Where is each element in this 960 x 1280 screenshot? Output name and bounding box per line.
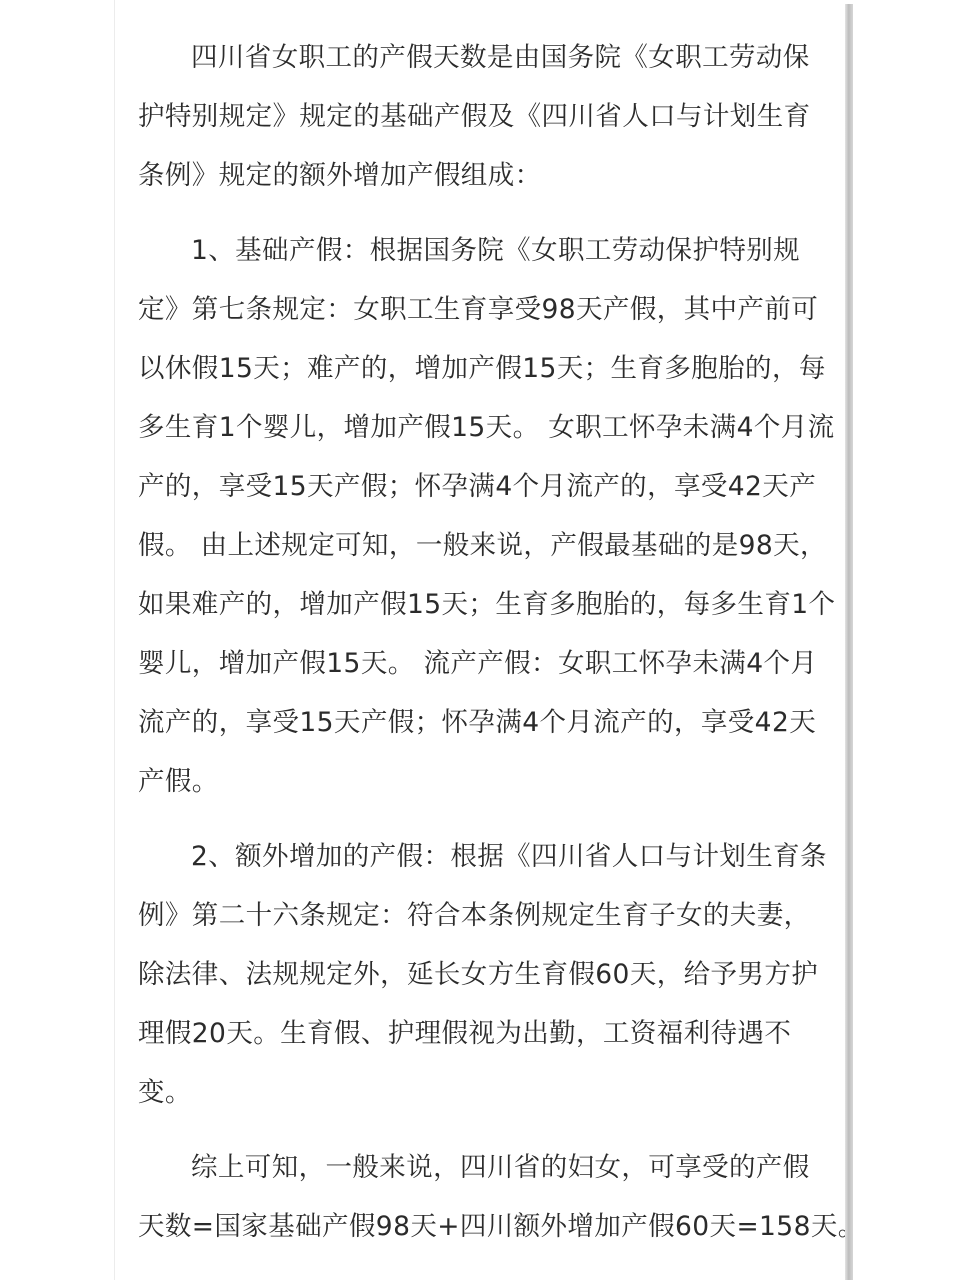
text-line: 理假20天。生育假、护理假视为出勤，工资福利待遇不 <box>138 1004 828 1063</box>
text-line: 如果难产的，增加产假15天；生育多胞胎的，每多生育1个 <box>138 575 828 634</box>
paragraph-intro: 四川省女职工的产假天数是由国务院《女职工劳动保 护特别规定》规定的基础产假及《四… <box>138 28 828 205</box>
document-content: 四川省女职工的产假天数是由国务院《女职工劳动保 护特别规定》规定的基础产假及《四… <box>138 28 828 1256</box>
text-line: 四川省女职工的产假天数是由国务院《女职工劳动保 <box>138 28 828 87</box>
document-page: 四川省女职工的产假天数是由国务院《女职工劳动保 护特别规定》规定的基础产假及《四… <box>114 0 846 1280</box>
page-edge-shadow <box>845 4 853 1280</box>
paragraph-summary: 综上可知，一般来说，四川省的妇女，可享受的产假 天数=国家基础产假98天+四川额… <box>138 1138 828 1256</box>
paragraph-basic-leave: 1、基础产假：根据国务院《女职工劳动保护特别规 定》第七条规定：女职工生育享受9… <box>138 221 828 811</box>
text-line: 产假。 <box>138 752 828 811</box>
text-line: 2、额外增加的产假：根据《四川省人口与计划生育条 <box>138 827 828 886</box>
paragraph-extra-leave: 2、额外增加的产假：根据《四川省人口与计划生育条 例》第二十六条规定：符合本条例… <box>138 827 828 1122</box>
text-line: 假。 由上述规定可知，一般来说，产假最基础的是98天， <box>138 516 828 575</box>
text-line: 产的，享受15天产假；怀孕满4个月流产的，享受42天产 <box>138 457 828 516</box>
text-line: 以休假15天；难产的，增加产假15天；生育多胞胎的，每 <box>138 339 828 398</box>
text-line: 天数=国家基础产假98天+四川额外增加产假60天=158天。 <box>138 1197 828 1256</box>
text-line: 婴儿，增加产假15天。 流产产假：女职工怀孕未满4个月 <box>138 634 828 693</box>
text-line: 变。 <box>138 1063 828 1122</box>
text-line: 综上可知，一般来说，四川省的妇女，可享受的产假 <box>138 1138 828 1197</box>
text-line: 除法律、法规规定外，延长女方生育假60天，给予男方护 <box>138 945 828 1004</box>
text-line: 定》第七条规定：女职工生育享受98天产假，其中产前可 <box>138 280 828 339</box>
text-line: 多生育1个婴儿，增加产假15天。 女职工怀孕未满4个月流 <box>138 398 828 457</box>
text-line: 条例》规定的额外增加产假组成： <box>138 146 828 205</box>
text-line: 1、基础产假：根据国务院《女职工劳动保护特别规 <box>138 221 828 280</box>
text-line: 流产的，享受15天产假；怀孕满4个月流产的，享受42天 <box>138 693 828 752</box>
text-line: 例》第二十六条规定：符合本条例规定生育子女的夫妻， <box>138 886 828 945</box>
text-line: 护特别规定》规定的基础产假及《四川省人口与计划生育 <box>138 87 828 146</box>
